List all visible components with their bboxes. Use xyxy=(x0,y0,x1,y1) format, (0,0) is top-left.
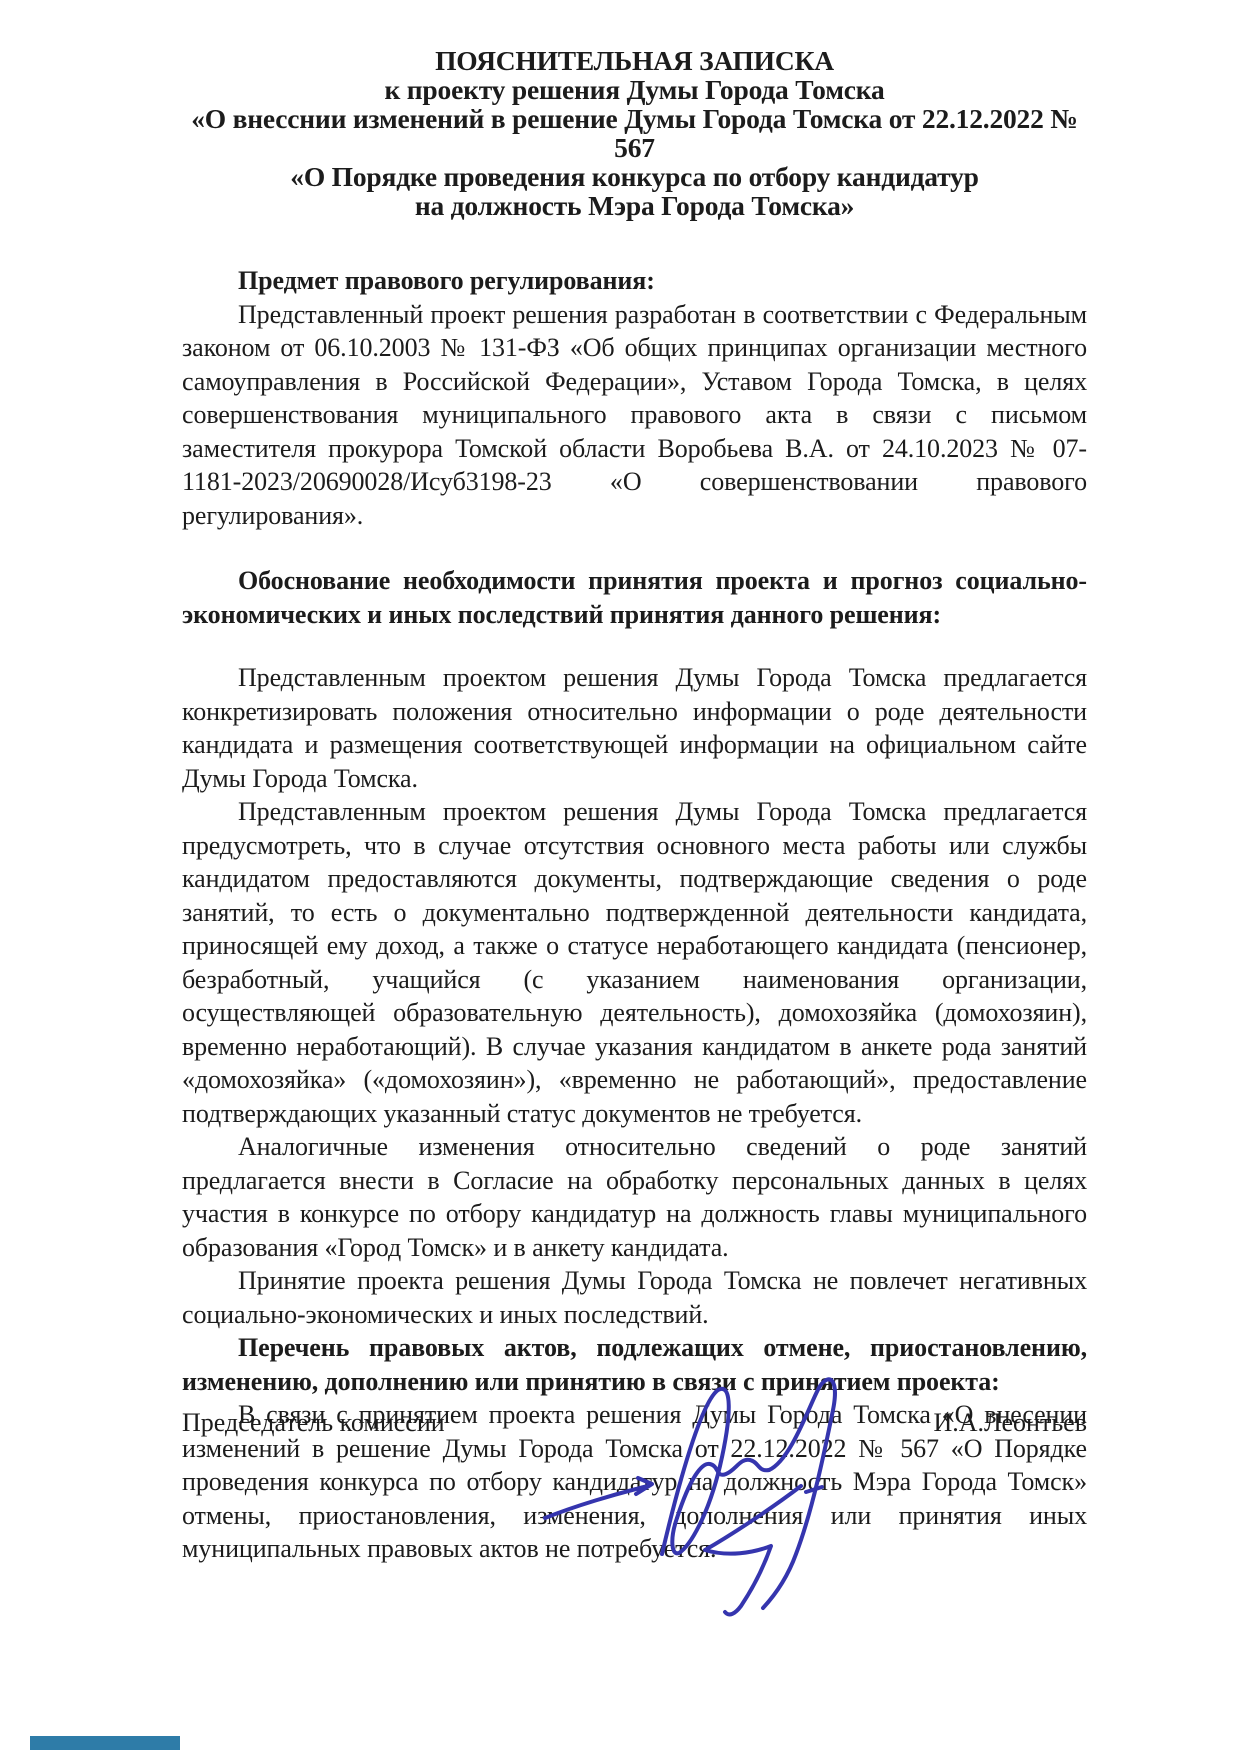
title-line-4: «О Порядке проведения конкурса по отбору… xyxy=(182,162,1087,191)
subject-heading: Предмет правового регулирования: xyxy=(182,264,1087,298)
signature-name: И.А.Леонтьев xyxy=(934,1408,1088,1438)
justification-paragraph-1: Представленным проектом решения Думы Гор… xyxy=(182,661,1087,795)
document-title: ПОЯСНИТЕЛЬНАЯ ЗАПИСКА к проекту решения … xyxy=(182,46,1087,220)
acts-heading: Перечень правовых актов, подлежащих отме… xyxy=(182,1331,1087,1398)
title-line-1: ПОЯСНИТЕЛЬНАЯ ЗАПИСКА xyxy=(182,46,1087,75)
document-body: ПОЯСНИТЕЛЬНАЯ ЗАПИСКА к проекту решения … xyxy=(182,46,1087,1566)
title-line-5: на должность Мэра Города Томска» xyxy=(182,191,1087,220)
signature-block: Председатель комиссии И.А.Леонтьев xyxy=(182,1408,1087,1438)
subject-paragraph: Представленный проект решения разработан… xyxy=(182,298,1087,533)
justification-heading: Обоснование необходимости принятия проек… xyxy=(182,564,1087,631)
title-line-2: к проекту решения Думы Города Томска xyxy=(182,75,1087,104)
signature-role-label: Председатель комиссии xyxy=(182,1408,445,1438)
title-line-3: «О внесснии изменений в решение Думы Гор… xyxy=(182,104,1087,162)
document-page: ПОЯСНИТЕЛЬНАЯ ЗАПИСКА к проекту решения … xyxy=(0,0,1240,1753)
scan-artifact-bar xyxy=(30,1736,180,1750)
justification-paragraph-2: Представленным проектом решения Думы Гор… xyxy=(182,795,1087,1130)
justification-paragraph-3: Аналогичные изменения относительно сведе… xyxy=(182,1130,1087,1264)
justification-paragraph-4: Принятие проекта решения Думы Города Том… xyxy=(182,1264,1087,1331)
